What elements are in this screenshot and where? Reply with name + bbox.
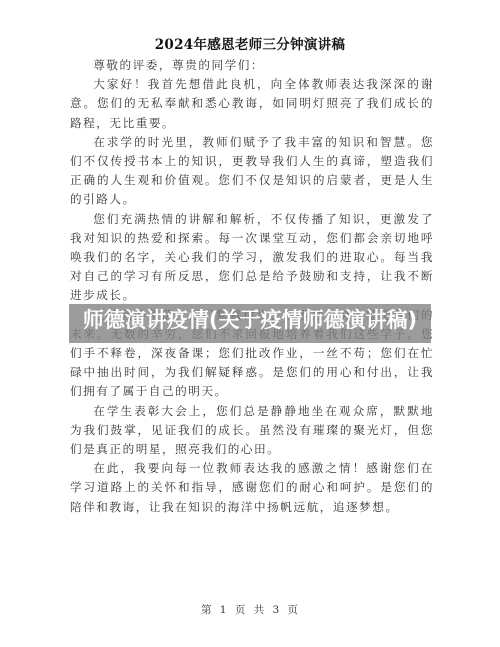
paragraph-greeting: 尊敬的评委，尊贵的同学们： bbox=[70, 56, 434, 75]
overlay-banner-title: 师德演讲疫情(关于疫情师德演讲稿) bbox=[69, 304, 431, 343]
paragraph-2: 在求学的时光里，教师们赋予了我丰富的知识和智慧。您们不仅传授书本上的知识，更教导… bbox=[70, 133, 434, 210]
paragraph-5: 在学生表彰大会上，您们总是静静地坐在观众席，默默地为我们鼓掌，见证我们的成长。虽… bbox=[70, 402, 434, 460]
document-title: 2024年感恩老师三分钟演讲稿 bbox=[0, 33, 500, 53]
paragraph-6: 在此，我要向每一位教师表达我的感激之情！感谢您们在学习道路上的关怀和指导，感谢您… bbox=[70, 459, 434, 517]
document-body: 尊敬的评委，尊贵的同学们： 大家好！我首先想借此良机，向全体教师表达我深深的谢意… bbox=[70, 56, 434, 517]
paragraph-3: 您们充满热情的讲解和解析，不仅传播了知识，更激发了我对知识的热爱和探索。每一次课… bbox=[70, 210, 434, 306]
document-page: 2024年感恩老师三分钟演讲稿 尊敬的评委，尊贵的同学们： 大家好！我首先想借此… bbox=[0, 0, 500, 647]
page-number-footer: 第 1 页 共 3 页 bbox=[0, 602, 500, 617]
paragraph-1: 大家好！我首先想借此良机，向全体教师表达我深深的谢意。您们的无私奉献和悉心教诲，… bbox=[70, 75, 434, 133]
